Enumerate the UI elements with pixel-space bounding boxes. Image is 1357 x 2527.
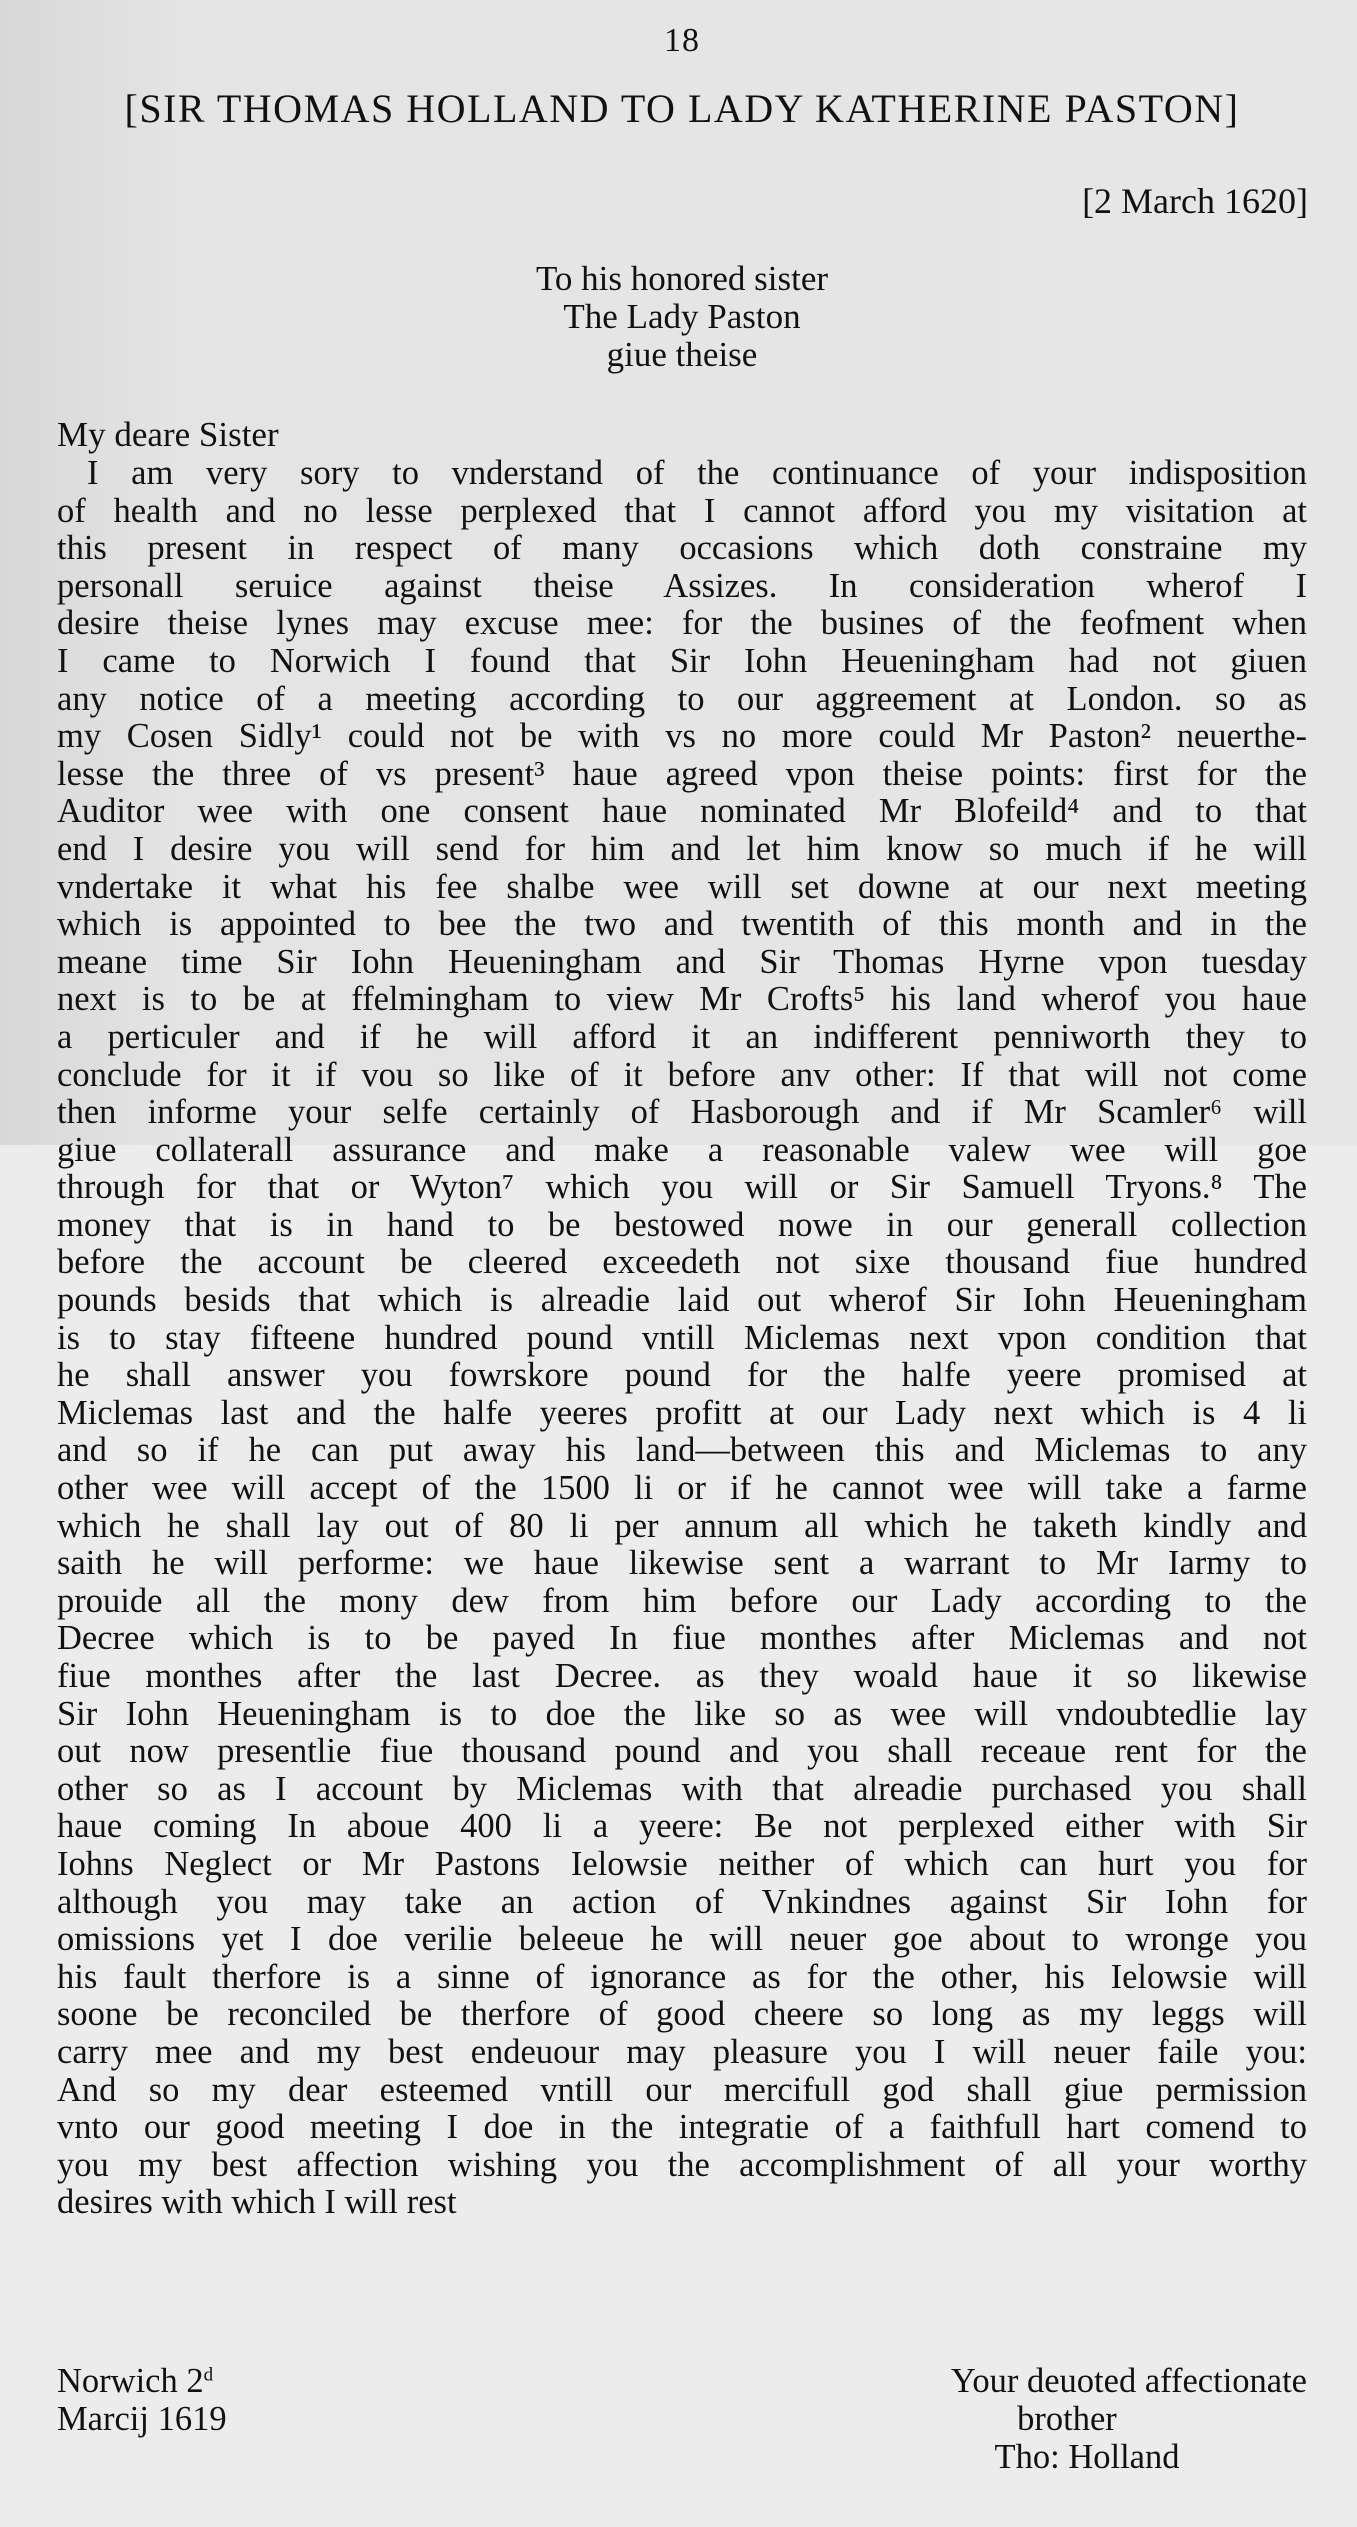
body-line: of health and no lesse perplexed that I … [57,493,1307,531]
body-line: my Cosen Sidly¹ could not be with vs no … [57,718,1307,756]
letter-heading: [SIR THOMAS HOLLAND TO LADY KATHERINE PA… [57,85,1307,132]
date-line: Marcij 1619 [57,2400,227,2438]
address-line: giue theise [57,336,1307,374]
letter-body: I am very sory to vnderstand of the cont… [57,455,1307,2222]
place-line: Norwich 2d [57,2362,227,2400]
body-line: this present in respect of many occasion… [57,530,1307,568]
body-line: fiue monthes after the last Decree. as t… [57,1658,1307,1696]
address-line: To his honored sister [57,260,1307,298]
body-line: then informe your selfe certainly of Has… [57,1094,1307,1132]
body-line: desire theise lynes may excuse mee: for … [57,605,1307,643]
body-line: is to stay fifteene hundred pound vntill… [57,1320,1307,1358]
body-line: Auditor wee with one consent haue nomina… [57,793,1307,831]
body-line: which is appointed to bee the two and tw… [57,906,1307,944]
address-line: The Lady Paston [57,298,1307,336]
body-line: his fault therfore is a sinne of ignoran… [57,1959,1307,1997]
body-line: lesse the three of vs present³ haue agre… [57,756,1307,794]
body-line: through for that or Wyton⁷ which you wil… [57,1169,1307,1207]
body-line: money that is in hand to be bestowed now… [57,1207,1307,1245]
body-line: soone be reconciled be therfore of good … [57,1996,1307,2034]
signature-line: Your deuoted affectionate [827,2362,1307,2400]
salutation: My deare Sister [57,415,279,455]
page-number: 18 [57,22,1307,60]
body-line: Decree which is to be payed In fiue mont… [57,1620,1307,1658]
body-line: haue coming In aboue 400 li a yeere: Be … [57,1808,1307,1846]
body-line: I came to Norwich I found that Sir Iohn … [57,643,1307,681]
signature-name: Tho: Holland [827,2438,1307,2476]
body-line: he shall answer you fowrskore pound for … [57,1357,1307,1395]
body-line: desires with which I will rest [57,2184,1307,2222]
body-line: Miclemas last and the halfe yeeres profi… [57,1395,1307,1433]
body-line: giue collaterall assurance and make a re… [57,1132,1307,1170]
body-line: next is to be at ffelmingham to view Mr … [57,981,1307,1019]
body-line: although you may take an action of Vnkin… [57,1884,1307,1922]
body-line: meane time Sir Iohn Heueningham and Sir … [57,944,1307,982]
body-line: omissions yet I doe verilie beleeue he w… [57,1921,1307,1959]
body-line: you my best affection wishing you the ac… [57,2147,1307,2185]
place-date: Norwich 2d Marcij 1619 [57,2362,227,2438]
body-line: any notice of a meeting according to our… [57,681,1307,719]
body-line: saith he will performe: we haue likewise… [57,1545,1307,1583]
signature-line: brother [827,2400,1307,2438]
body-line: pounds besids that which is alreadie lai… [57,1282,1307,1320]
body-line: personall seruice against theise Assizes… [57,568,1307,606]
body-line: I am very sory to vnderstand of the cont… [57,455,1307,493]
body-line: other so as I account by Miclemas with t… [57,1771,1307,1809]
letter-date: [2 March 1620] [1082,180,1308,222]
signature-block: Your deuoted affectionate brother Tho: H… [827,2362,1307,2476]
body-line: and so if he can put away his land—betwe… [57,1432,1307,1470]
body-line: Sir Iohn Heueningham is to doe the like … [57,1696,1307,1734]
address-block: To his honored sister The Lady Paston gi… [57,260,1307,374]
body-line: conclude for it if vou so like of it bef… [57,1057,1307,1095]
body-line: vnto our good meeting I doe in the integ… [57,2109,1307,2147]
body-line: other wee will accept of the 1500 li or … [57,1470,1307,1508]
body-line: carry mee and my best endeuour may pleas… [57,2034,1307,2072]
body-line: Iohns Neglect or Mr Pastons Ielowsie nei… [57,1846,1307,1884]
body-line: before the account be cleered exceedeth … [57,1244,1307,1282]
body-line: end I desire you will send for him and l… [57,831,1307,869]
body-line: vndertake it what his fee shalbe wee wil… [57,869,1307,907]
body-line: out now presentlie fiue thousand pound a… [57,1733,1307,1771]
body-line: which he shall lay out of 80 li per annu… [57,1508,1307,1546]
body-line: prouide all the mony dew from him before… [57,1583,1307,1621]
body-line: And so my dear esteemed vntill our merci… [57,2072,1307,2110]
body-line: a perticuler and if he will afford it an… [57,1019,1307,1057]
